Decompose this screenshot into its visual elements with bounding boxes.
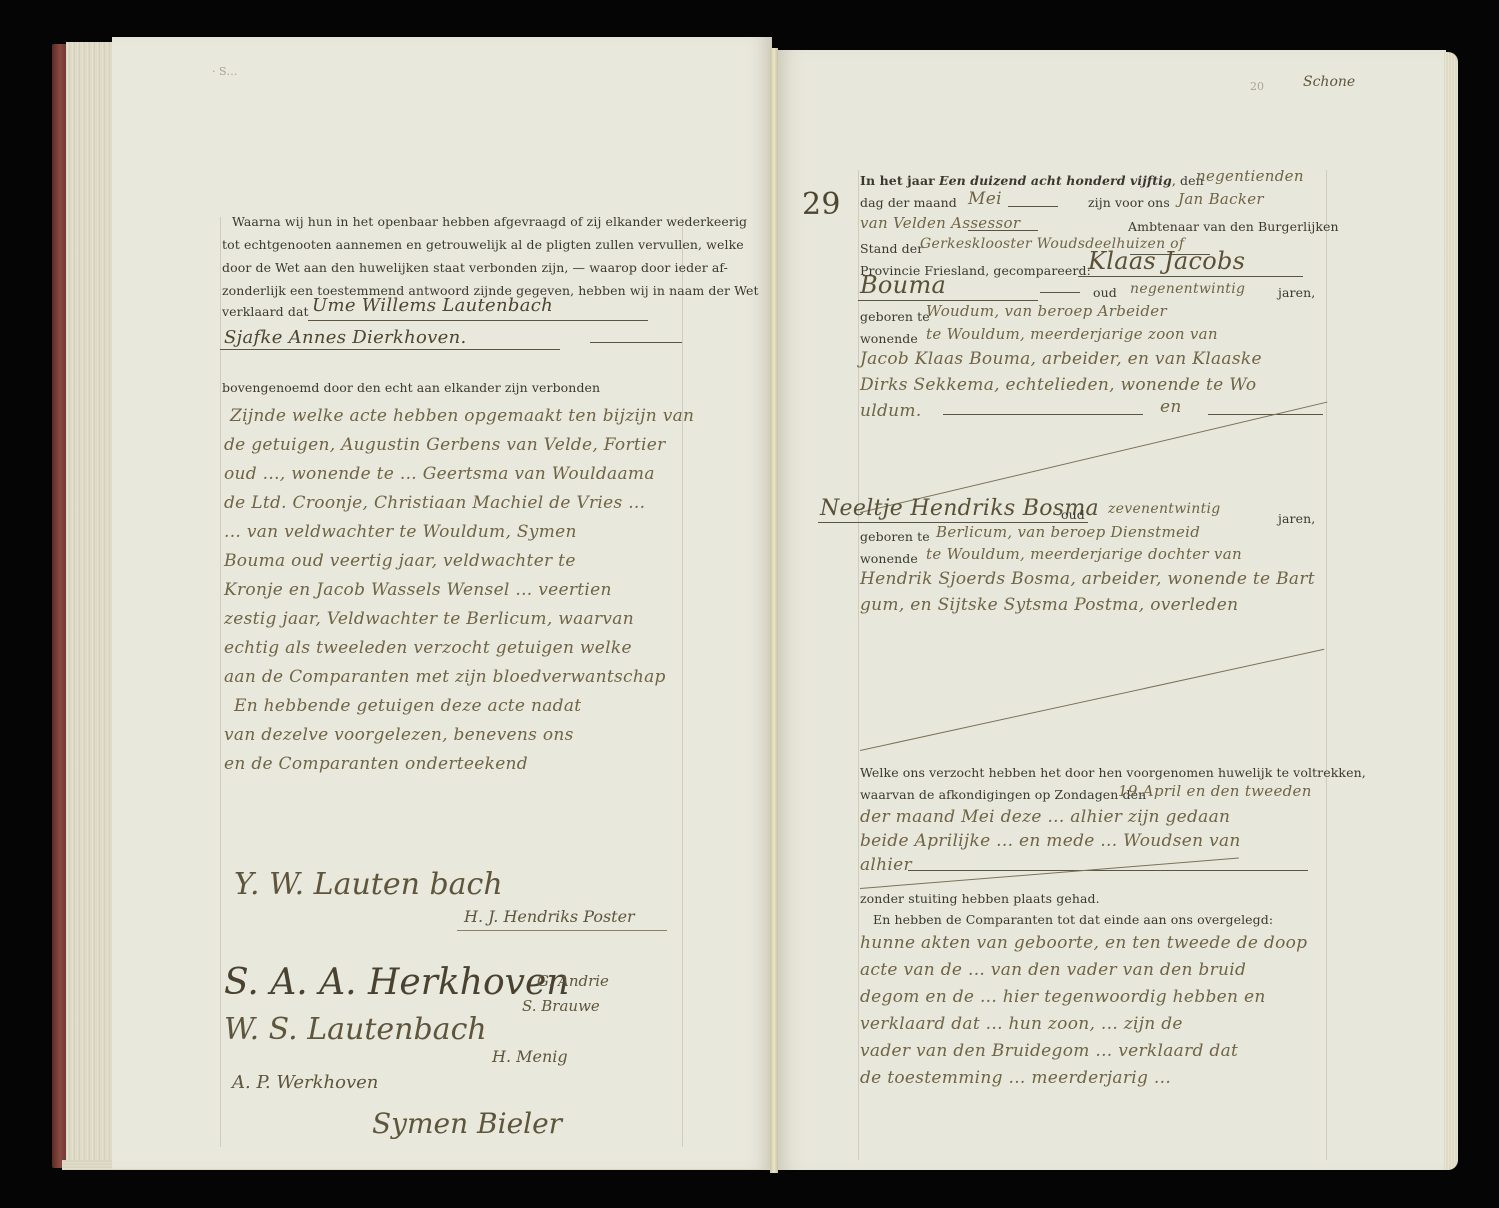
- hand-line: en de Comparanten onderteekend: [224, 751, 528, 777]
- groom-name-first: Klaas Jacobs: [1088, 248, 1245, 274]
- right-page-stack: [1444, 52, 1458, 1170]
- signature: S. A. A. Herkhoven: [224, 962, 569, 1003]
- printed-line-3: door de Wet aan den huwelijken staat ver…: [222, 257, 728, 279]
- underline: [908, 870, 1308, 871]
- signature: Y. W. Lauten bach: [234, 867, 503, 902]
- bride-name: Sjafke Annes Dierkhoven.: [224, 325, 467, 351]
- printed-intro: In het jaar Een duizend acht honderd vij…: [860, 170, 1204, 192]
- signature: A. P. Werkhoven: [232, 1072, 378, 1093]
- hand-line: hunne akten van geboorte, en ten tweede …: [860, 930, 1307, 956]
- printed-bovengenoemd: bovengenoemd door den echt aan elkander …: [222, 377, 600, 399]
- hand-line: gum, en Sijtske Sytsma Postma, overleden: [860, 592, 1238, 618]
- page-number: 20: [1250, 80, 1264, 93]
- underline: [1008, 206, 1058, 207]
- printed-en-hebben: En hebben de Comparanten tot dat einde a…: [873, 909, 1273, 931]
- signature: H. Menig: [492, 1047, 568, 1066]
- hand-line: oud ..., wonende te ... Geertsma van Wou…: [224, 461, 655, 487]
- printed-zonder: zonder stuiting hebben plaats gehad.: [860, 888, 1100, 910]
- hand-line: ... van veldwachter te Wouldum, Symen: [224, 519, 577, 545]
- strike-line: [860, 858, 1239, 889]
- hand-line: de getuigen, Augustin Gerbens van Velde,…: [224, 432, 666, 458]
- signature-flourish: [457, 930, 667, 931]
- hand-line: aan de Comparanten met zijn bloedverwant…: [224, 664, 666, 690]
- margin-line-right: [682, 217, 683, 1147]
- hand-line: verklaard dat ... hun zoon, ... zijn de: [860, 1011, 1183, 1037]
- hand-line: degom en de ... hier tegenwoordig hebben…: [860, 984, 1266, 1010]
- printed-geboren-2: geboren te: [860, 526, 930, 548]
- hand-line: Hendrik Sjoerds Bosma, arbeider, wonende…: [860, 566, 1315, 592]
- official-name: Jan Backer: [1178, 186, 1264, 212]
- hand-line: vader van den Bruidegom ... verklaard da…: [860, 1038, 1238, 1064]
- proclamation-dates: 19 April en den tweeden: [1118, 778, 1312, 804]
- left-page-stack: [66, 42, 116, 1168]
- hand-line: te Wouldum, meerderjarige dochter van: [926, 541, 1242, 567]
- hand-line: de toestemming ... meerderjarig ...: [860, 1065, 1171, 1091]
- printed-jaren: jaren,: [1278, 282, 1315, 304]
- hand-line: Dirks Sekkema, echtelieden, wonende te W…: [860, 372, 1256, 398]
- hand-line: alhier: [860, 852, 912, 878]
- underline: [943, 414, 1143, 415]
- intro-label: In het jaar: [860, 173, 935, 188]
- signature: G. Andrie: [537, 972, 609, 990]
- hand-line: der maand Mei deze ... alhier zijn gedaa…: [860, 804, 1230, 830]
- signature: S. Brauwe: [522, 997, 600, 1015]
- hand-line: beide Aprilijke ... en mede ... Woudsen …: [860, 828, 1241, 854]
- printed-before-us: zijn voor ons: [1088, 192, 1170, 214]
- strike-line: [860, 649, 1324, 751]
- hand-line: echtig als tweeleden verzocht getuigen w…: [224, 635, 632, 661]
- left-page: · S… Waarna wij hun in het openbaar hebb…: [112, 37, 772, 1169]
- underline: [220, 349, 560, 350]
- right-page: 20 Schone 29 In het jaar Een duizend ach…: [778, 50, 1446, 1170]
- printed-line-2: tot echtgenooten aannemen en getrouwelij…: [222, 234, 744, 256]
- book-scan: · S… Waarna wij hun in het openbaar hebb…: [0, 0, 1499, 1208]
- connector-en: en: [1160, 394, 1182, 420]
- signature: Symen Bieler: [372, 1107, 562, 1140]
- hand-line: acte van de ... van den vader van den br…: [860, 957, 1246, 983]
- signature: H. J. Hendriks Poster: [464, 907, 635, 926]
- corner-initials: Schone: [1303, 74, 1355, 90]
- corner-mark: · S…: [212, 65, 238, 78]
- groom-name-last: Bouma: [860, 272, 946, 298]
- act-number: 29: [802, 192, 841, 218]
- hand-line: uldum.: [860, 398, 922, 424]
- underline: [308, 320, 648, 321]
- margin-line-right: [1326, 170, 1327, 1160]
- printed-line-1: Waarna wij hun in het openbaar hebben af…: [232, 211, 747, 233]
- hand-line: zestig jaar, Veldwachter te Berlicum, wa…: [224, 606, 634, 632]
- hand-line: van dezelve voorgelezen, benevens ons: [224, 722, 574, 748]
- underline: [590, 342, 682, 343]
- printed-verklaard-dat: verklaard dat: [222, 301, 309, 323]
- margin-line-left: [220, 217, 221, 1147]
- signature: W. S. Lautenbach: [224, 1012, 487, 1047]
- hand-line: Kronje en Jacob Wassels Wensel ... veert…: [224, 577, 612, 603]
- groom-name: Ume Willems Lautenbach: [312, 293, 553, 319]
- hand-line: Zijnde welke acte hebben opgemaakt ten b…: [230, 403, 694, 429]
- printed-stand-der: Stand der: [860, 238, 923, 260]
- underline: [1208, 414, 1323, 415]
- hand-line: de Ltd. Croonje, Christiaan Machiel de V…: [224, 490, 645, 516]
- printed-geboren: geboren te: [860, 306, 930, 328]
- printed-welke-2: waarvan de afkondigingen op Zondagen den: [860, 784, 1146, 806]
- printed-jaren-2: jaren,: [1278, 508, 1315, 530]
- hand-line: Jacob Klaas Bouma, arbeider, en van Klaa…: [860, 346, 1262, 372]
- hand-line: En hebbende getuigen deze acte nadat: [234, 693, 581, 719]
- month-value: Mei: [968, 186, 1002, 212]
- hand-line: te Wouldum, meerderjarige zoon van: [926, 321, 1218, 347]
- book-gutter: [770, 48, 778, 1173]
- hand-line: Bouma oud veertig jaar, veldwachter te: [224, 548, 576, 574]
- margin-line-left: [858, 170, 859, 1160]
- underline: [1040, 292, 1080, 293]
